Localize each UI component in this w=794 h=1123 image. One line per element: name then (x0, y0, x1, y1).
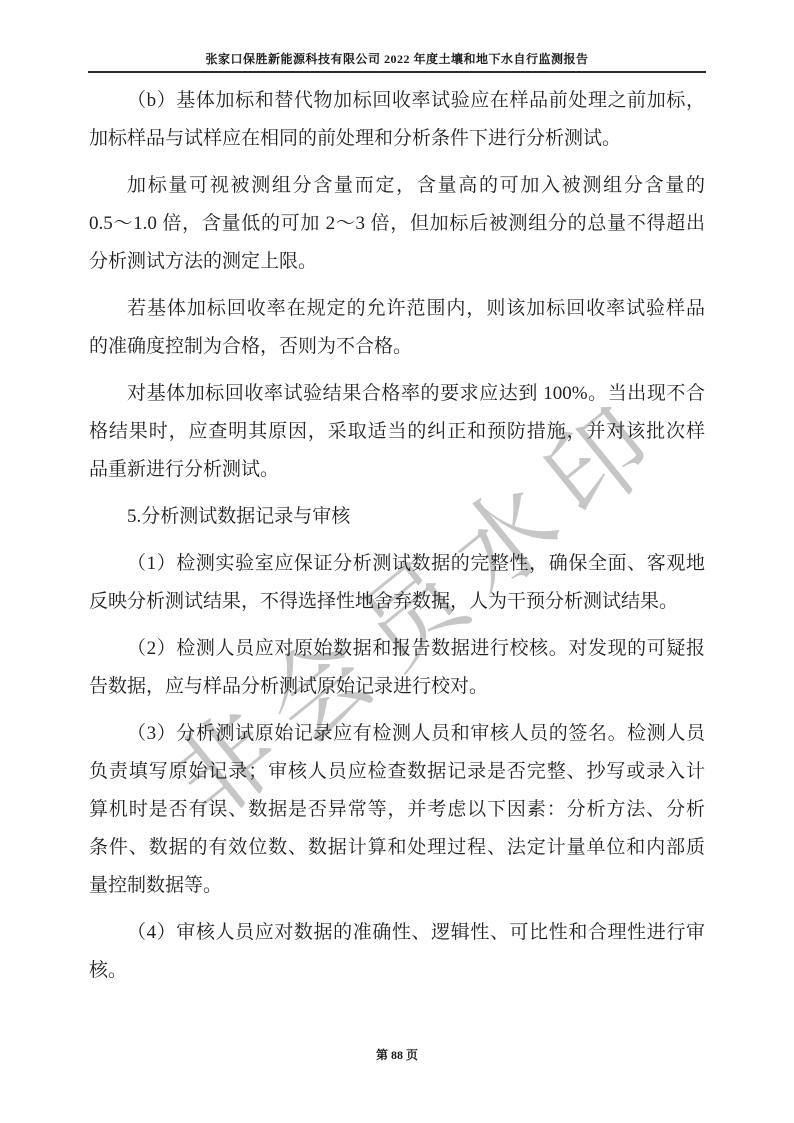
text-line: （3）分析测试原始记录应有检测人员和审核人员的签名。检测人员 (89, 715, 705, 753)
page-number: 第 88 页 (376, 1048, 418, 1062)
page-header: 张家口保胜新能源科技有限公司 2022 年度土壤和地下水自行监测报告 (88, 50, 706, 73)
text-line: 对基体加标回收率试验结果合格率的要求应达到 100%。当出现不合 (89, 375, 705, 413)
text-line: （4）审核人员应对数据的准确性、逻辑性、可比性和合理性进行审 (89, 914, 705, 952)
text-line: 0.5～1.0 倍，含量低的可加 2～3 倍，但加标后被测组分的总量不得超出 (89, 205, 705, 243)
text-line: 加标样品与试样应在相同的前处理和分析条件下进行分析测试。 (89, 120, 705, 158)
text-line: 算机时是否有误、数据是否异常等，并考虑以下因素：分析方法、分析 (89, 791, 705, 829)
paragraph: （2）检测人员应对原始数据和报告数据进行校核。对发现的可疑报告数据，应与样品分析… (89, 630, 705, 706)
paragraph: 对基体加标回收率试验结果合格率的要求应达到 100%。当出现不合格结果时，应查明… (89, 375, 705, 489)
text-line: 的准确度控制为合格，否则为不合格。 (89, 328, 705, 366)
text-line: 量控制数据等。 (89, 867, 705, 905)
page-footer: 第 88 页 (0, 1046, 794, 1064)
text-line: （b）基体加标和替代物加标回收率试验应在样品前处理之前加标， (89, 82, 705, 120)
paragraph: （3）分析测试原始记录应有检测人员和审核人员的签名。检测人员负责填写原始记录；审… (89, 715, 705, 905)
paragraph: 加标量可视被测组分含量而定，含量高的可加入被测组分含量的0.5～1.0 倍，含量… (89, 167, 705, 281)
text-line: 若基体加标回收率在规定的允许范围内，则该加标回收率试验样品 (89, 290, 705, 328)
text-line: 5.分析测试数据记录与审核 (89, 498, 705, 536)
paragraph: （4）审核人员应对数据的准确性、逻辑性、可比性和合理性进行审核。 (89, 914, 705, 990)
header-title: 张家口保胜新能源科技有限公司 2022 年度土壤和地下水自行监测报告 (88, 50, 706, 67)
section-heading: 5.分析测试数据记录与审核 (89, 498, 705, 536)
text-line: 格结果时，应查明其原因，采取适当的纠正和预防措施，并对该批次样 (89, 413, 705, 451)
text-line: 反映分析测试结果，不得选择性地舍弃数据，人为干预分析测试结果。 (89, 583, 705, 621)
text-line: 核。 (89, 952, 705, 990)
text-line: 分析测试方法的测定上限。 (89, 243, 705, 281)
document-body: （b）基体加标和替代物加标回收率试验应在样品前处理之前加标，加标样品与试样应在相… (89, 82, 705, 990)
text-line: 负责填写原始记录；审核人员应检查数据记录是否完整、抄写或录入计 (89, 753, 705, 791)
paragraph: （1）检测实验室应保证分析测试数据的完整性，确保全面、客观地反映分析测试结果，不… (89, 545, 705, 621)
text-line: （2）检测人员应对原始数据和报告数据进行校核。对发现的可疑报 (89, 630, 705, 668)
text-line: 品重新进行分析测试。 (89, 451, 705, 489)
paragraph: （b）基体加标和替代物加标回收率试验应在样品前处理之前加标，加标样品与试样应在相… (89, 82, 705, 158)
text-line: （1）检测实验室应保证分析测试数据的完整性，确保全面、客观地 (89, 545, 705, 583)
text-line: 告数据，应与样品分析测试原始记录进行校对。 (89, 668, 705, 706)
text-line: 条件、数据的有效位数、数据计算和处理过程、法定计量单位和内部质 (89, 829, 705, 867)
text-line: 加标量可视被测组分含量而定，含量高的可加入被测组分含量的 (89, 167, 705, 205)
paragraph: 若基体加标回收率在规定的允许范围内，则该加标回收率试验样品的准确度控制为合格，否… (89, 290, 705, 366)
report-page: 非会员水印 张家口保胜新能源科技有限公司 2022 年度土壤和地下水自行监测报告… (0, 0, 794, 1123)
